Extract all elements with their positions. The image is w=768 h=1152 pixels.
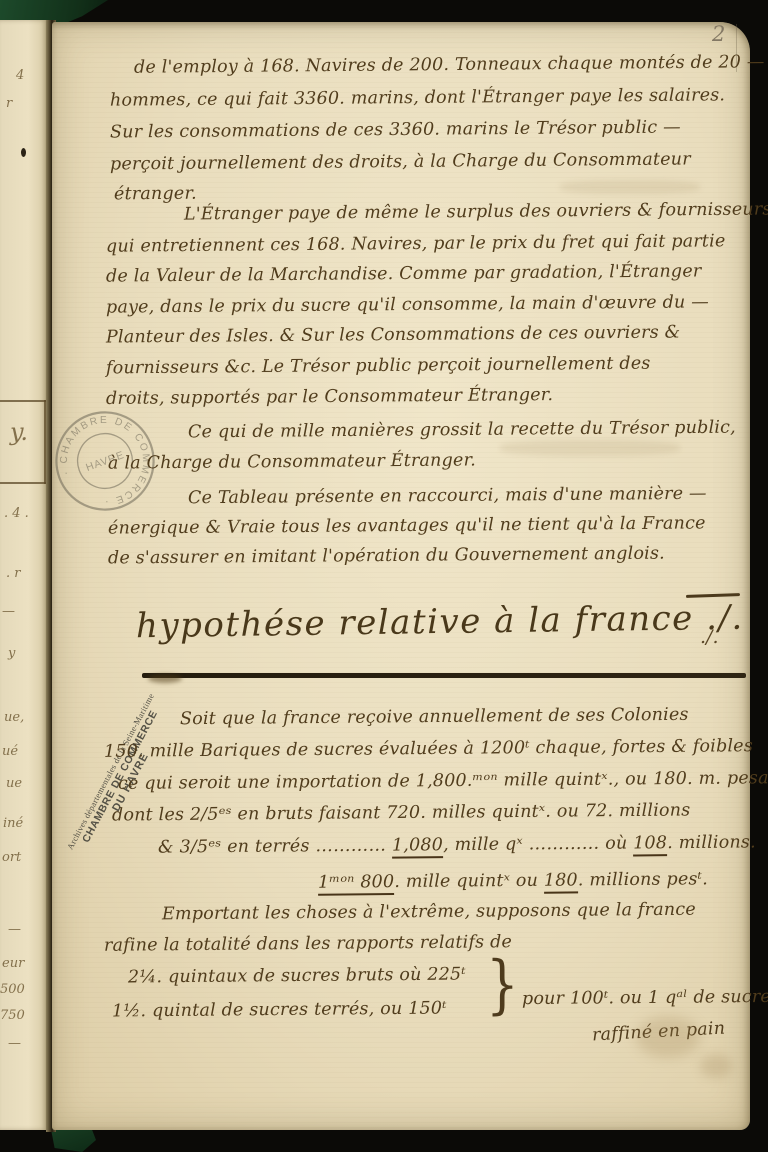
curly-brace: } <box>486 948 519 1022</box>
manuscript-text-layer: 2 de l'employ à 168. Navires de 200. Ton… <box>0 0 768 1152</box>
manuscript-line: énergique & Vraie tous les avantages qu'… <box>108 513 706 538</box>
line-segment: . millions. <box>667 832 756 853</box>
manuscript-line: droits, supportés par le Consommateur Ét… <box>106 385 553 409</box>
line-segment: . millions pesᵗ. <box>578 869 708 890</box>
manuscript-line: ce qui seroit une importation de 1,800.ᵐ… <box>118 768 768 794</box>
ratio-result-line: pour 100ᵗ. ou 1 qᵃˡ de sucre <box>522 987 768 1009</box>
manuscript-line: Planteur des Isles. & Sur les Consommati… <box>106 322 681 347</box>
manuscript-line: de la Valeur de la Marchandise. Comme pa… <box>106 261 702 286</box>
manuscript-line: perçoit journellement des droits, à la C… <box>110 149 691 174</box>
manuscript-line: dont les 2/5ᵉˢ en bruts faisant 720. mil… <box>112 800 691 825</box>
heading-margin-mark: ./. <box>700 626 718 648</box>
line-filler-dash <box>686 593 740 597</box>
manuscript-line: paye, dans le prix du sucre qu'il consom… <box>106 292 709 317</box>
manuscript-sum-line: 1ᵐᵒⁿ 800. mille quintˣ ou 180. millions … <box>318 869 708 892</box>
page-number: 2 <box>712 22 725 46</box>
underlined-value: 1,080 <box>392 835 443 858</box>
ratio-line: 2¼. quintaux de sucres bruts où 225ᵗ <box>128 965 466 988</box>
foxing-stain <box>636 1016 700 1058</box>
manuscript-line: rafine la totalité dans les rapports rel… <box>104 932 512 956</box>
manuscript-line: 150. mille Bariques de sucres évaluées à… <box>104 736 753 762</box>
manuscript-line: de l'employ à 168. Navires de 200. Tonne… <box>134 52 765 78</box>
ink-bleedthrough <box>560 180 700 194</box>
manuscript-line: Ce Tableau présente en raccourci, mais d… <box>188 484 707 509</box>
manuscript-line: fournisseurs &c. Le Trésor public perçoi… <box>106 354 651 379</box>
ink-blot <box>148 674 182 683</box>
manuscript-line: & 3/5ᵉˢ en terrés ………… 1,080, mille qˣ …… <box>158 832 756 857</box>
heading-underline-rule <box>142 673 746 678</box>
ink-bleedthrough <box>500 440 680 456</box>
manuscript-line: Sur les consommations de ces 3360. marin… <box>110 118 681 143</box>
line-segment: , mille qˣ ………… où <box>443 833 633 855</box>
manuscript-line: Emportant les choses à l'extrême, suppos… <box>162 900 696 925</box>
section-heading: hypothése relative à la france ./. <box>136 598 744 646</box>
line-segment: & 3/5ᵉˢ en terrés ………… <box>158 836 392 858</box>
underlined-value: 1ᵐᵒⁿ 800 <box>318 872 394 896</box>
underlined-value: 180 <box>544 870 578 893</box>
manuscript-line: Ce qui de mille manières grossit la rece… <box>188 418 736 443</box>
manuscript-line: L'Étranger paye de même le surplus des o… <box>184 199 768 224</box>
manuscript-line: de s'assurer en imitant l'opération du G… <box>108 544 665 569</box>
manuscript-line: hommes, ce qui fait 3360. marins, dont l… <box>110 85 725 110</box>
manuscript-line: Soit que la france reçoive annuellement … <box>180 705 689 729</box>
line-segment: . mille quintˣ ou <box>394 871 544 892</box>
archival-photo: 4 r y. . 4 . . r — y ue, ué ue iné ort —… <box>0 0 768 1152</box>
manuscript-line: étranger. <box>114 184 197 205</box>
underlined-value: 108 <box>633 833 667 856</box>
manuscript-line: qui entretiennent ces 168. Navires, par … <box>106 231 726 256</box>
foxing-stain <box>700 1054 732 1078</box>
ratio-line: 1½. quintal de sucres terrés, ou 150ᵗ <box>112 999 447 1022</box>
manuscript-line: à la Charge du Consommateur Étranger. <box>108 450 476 473</box>
